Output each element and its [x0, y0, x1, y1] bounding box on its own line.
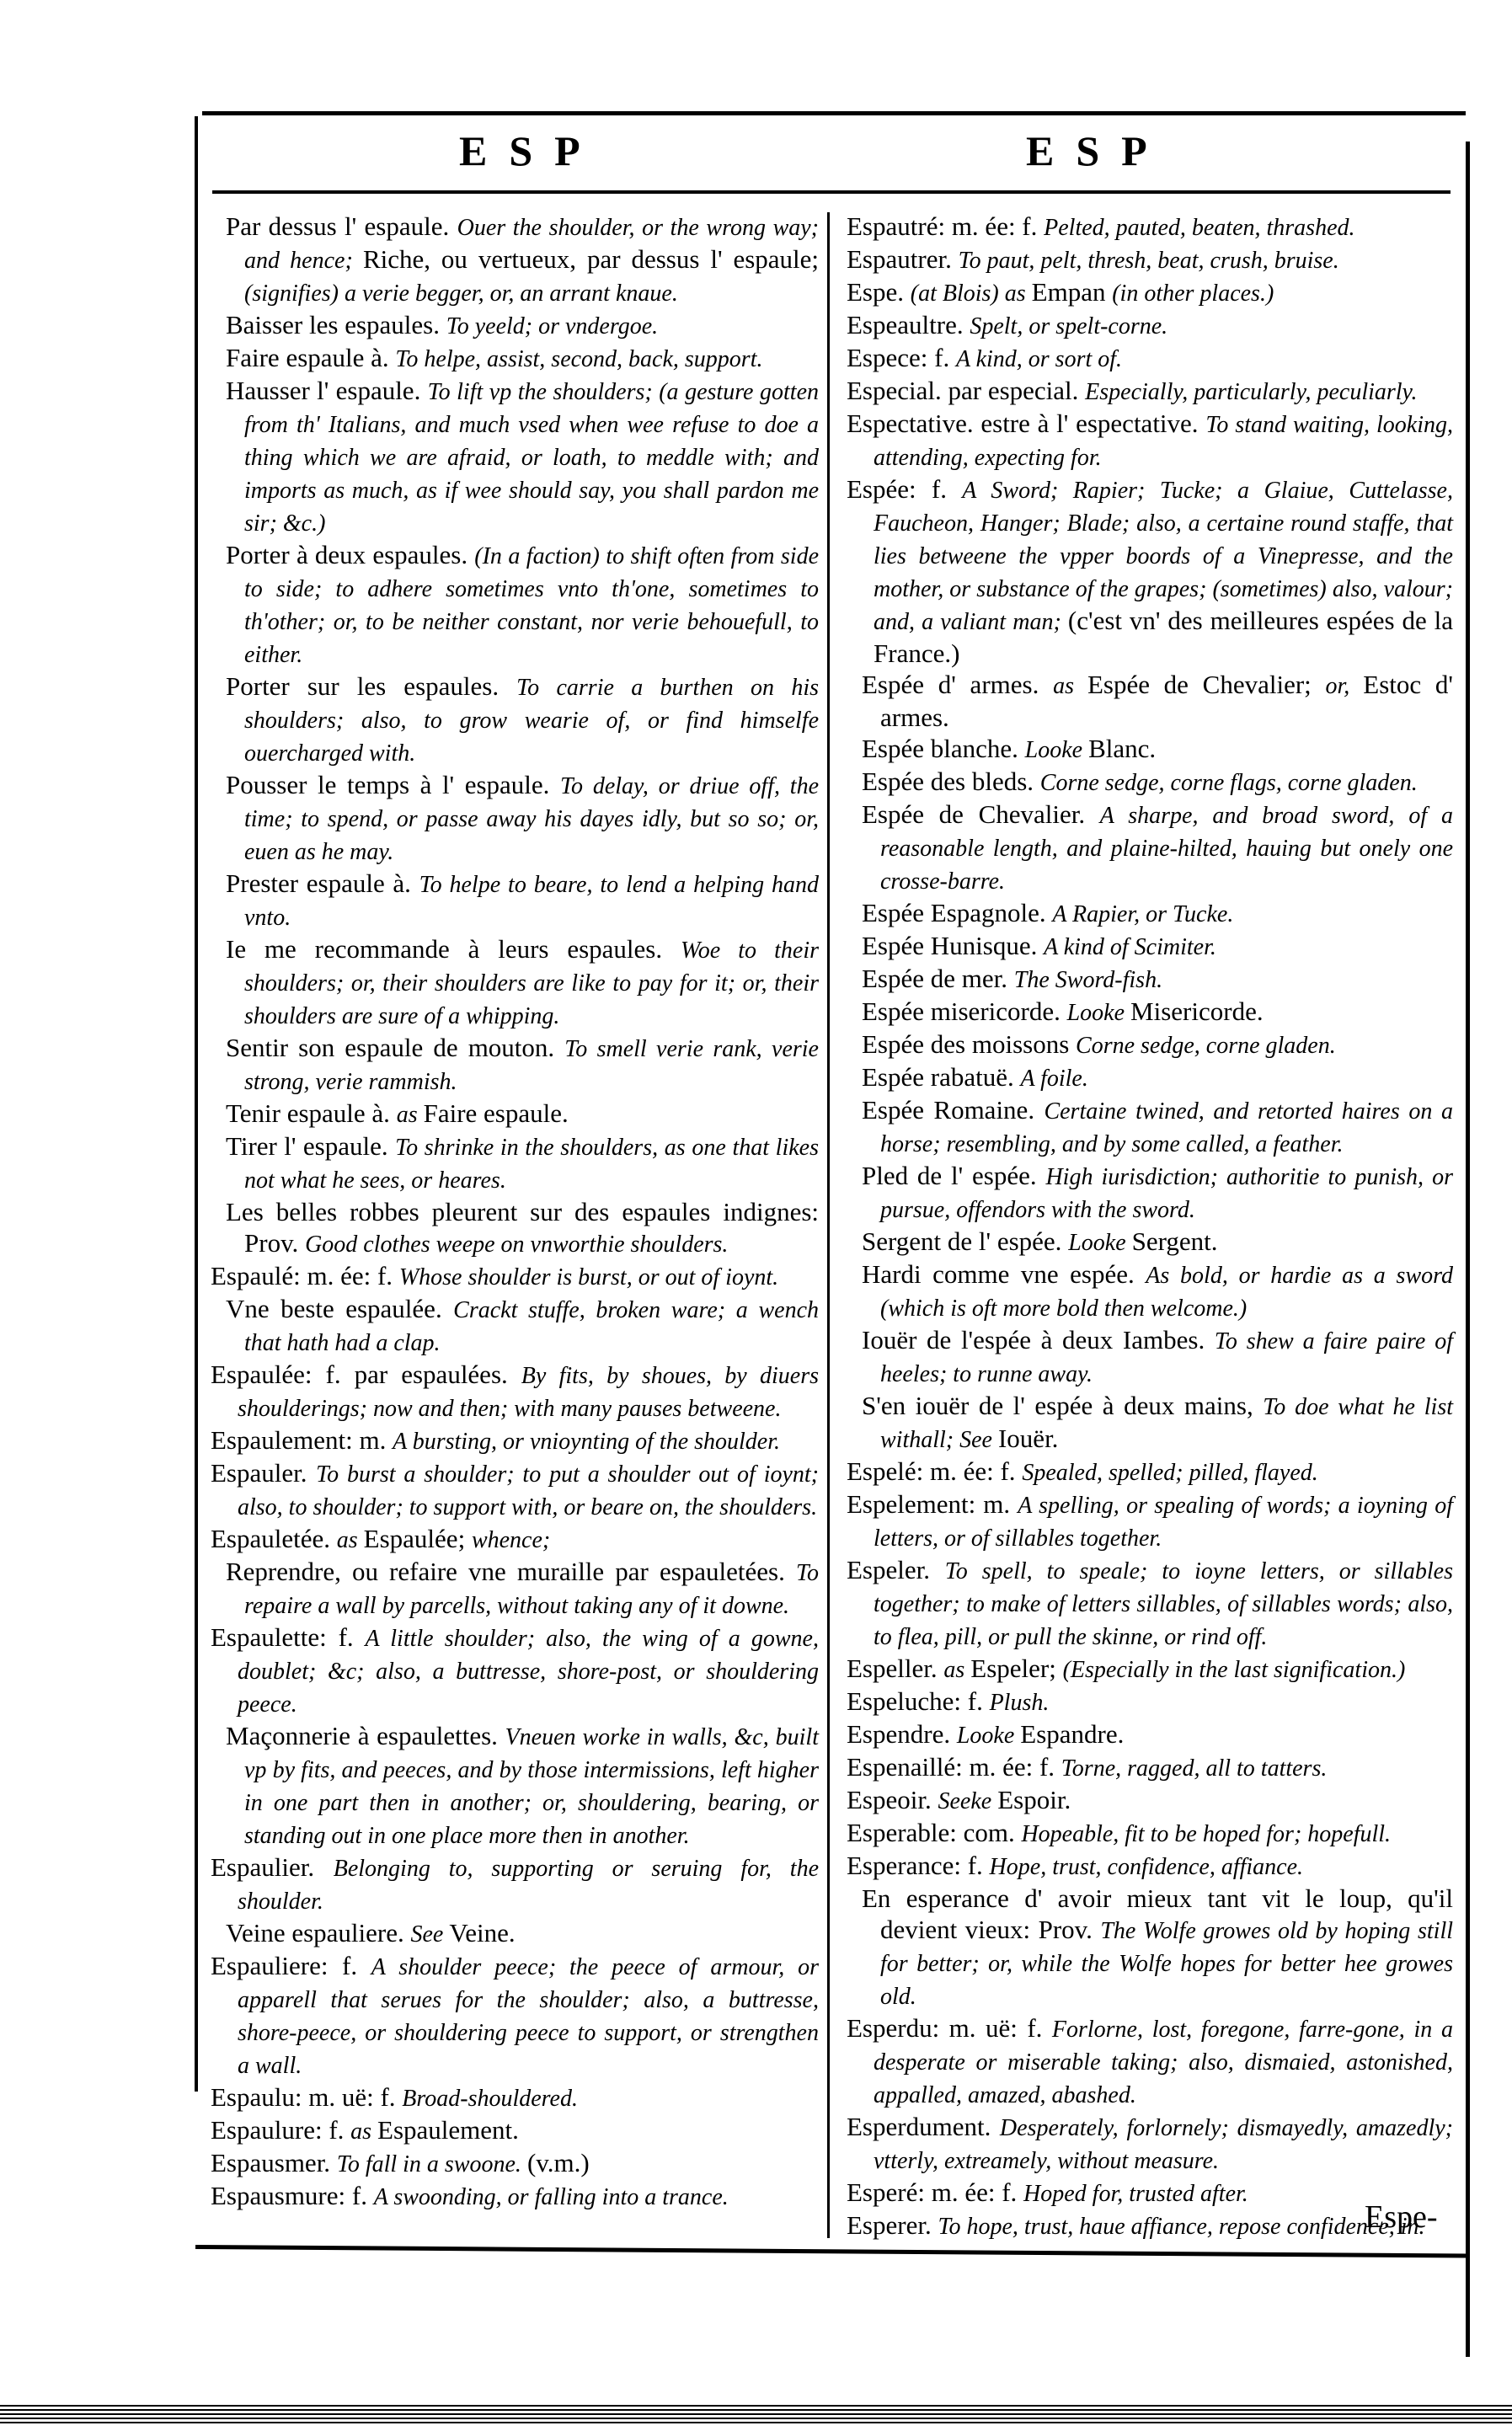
headword: Espece: f. [847, 343, 956, 372]
headword: Espaulée; [364, 1524, 472, 1553]
headword: Esperable: com. [847, 1818, 1021, 1847]
dictionary-subentry: Espée des bleds. Corne sedge, corne flag… [847, 766, 1453, 799]
headword: Faire espaule. [424, 1098, 569, 1128]
gloss: or, [1326, 673, 1364, 699]
dictionary-subentry: Espée misericorde. Looke Misericorde. [847, 996, 1453, 1028]
headword: Porter à deux espaules. [226, 540, 474, 569]
headword: Espeluche: f. [847, 1686, 990, 1716]
dictionary-entry: Espaulement: m. A bursting, or vnioyntin… [211, 1424, 819, 1457]
dictionary-subentry: Maçonnerie à espaulettes. Vneuen worke i… [211, 1720, 819, 1851]
gloss: To fall in a swoone. [337, 2151, 527, 2177]
headword: Espée Romaine. [862, 1095, 1044, 1125]
headword: Misericorde. [1130, 996, 1264, 1026]
headword: Especial. par especial. [847, 376, 1085, 405]
headword: Espée Hunisque. [862, 931, 1044, 960]
headword: Veine espauliere. [226, 1918, 410, 1947]
gloss: Corne sedge, corne flags, corne gladen. [1040, 770, 1418, 796]
dictionary-subentry: Les belles robbes pleurent sur des espau… [211, 1196, 819, 1260]
gloss: To burst a shoulder; to put a shoulder o… [238, 1461, 819, 1520]
headword: S'en iouër de l' espée à deux mains, [862, 1391, 1263, 1420]
headword: Ie me recommande à leurs espaules. [226, 934, 681, 964]
headword: Espaulette: f. [211, 1622, 366, 1652]
gloss: The Sword-fish. [1014, 967, 1162, 993]
headword: Espenaillé: m. ée: f. [847, 1752, 1061, 1782]
gloss: (in other places.) [1112, 280, 1274, 307]
headword: Espeller. [847, 1654, 943, 1683]
dictionary-subentry: Ie me recommande à leurs espaules. Woe t… [211, 933, 819, 1032]
gloss: as [943, 1657, 970, 1683]
headword: Espeaultre. [847, 310, 970, 339]
headword: Espauler. [211, 1458, 316, 1488]
dictionary-entry: Espaulée: f. par espaulées. By fits, by … [211, 1359, 819, 1424]
dictionary-entry: Espauletée. as Espaulée; whence; [211, 1523, 819, 1556]
headword: Esperdu: m. uë: f. [847, 2013, 1052, 2043]
headword: Espeler. [847, 1555, 945, 1584]
headword: Prester espaule à. [226, 868, 419, 898]
gloss: Especially, particularly, peculiarly. [1085, 379, 1417, 405]
running-head-left: ESP [459, 126, 602, 175]
dictionary-subentry: Espée Hunisque. A kind of Scimiter. [847, 930, 1453, 963]
gloss: Torne, ragged, all to tatters. [1061, 1755, 1328, 1782]
headword: Espaulée: f. par espaulées. [211, 1360, 521, 1389]
gloss: A swoonding, or falling into a trance. [374, 2184, 729, 2210]
headword: Espeoir. [847, 1785, 938, 1814]
headword: Espeler; [970, 1654, 1062, 1683]
headword: Veine. [449, 1918, 515, 1947]
dictionary-entry: Espectative. estre à l' espectative. To … [847, 408, 1453, 473]
dictionary-entry: Espeaultre. Spelt, or spelt-corne. [847, 309, 1453, 342]
headword: Espelement: m. [847, 1489, 1018, 1519]
dictionary-subentry: Porter sur les espaules. To carrie a bur… [211, 671, 819, 769]
frame-top-rule [202, 111, 1466, 115]
gloss: A kind of Scimiter. [1044, 934, 1216, 960]
headword: Pousser le temps à l' espaule. [226, 770, 560, 799]
dictionary-entry: Espaulette: f. A little shoulder; also, … [211, 1622, 819, 1720]
dictionary-entry: Especial. par especial. Especially, part… [847, 375, 1453, 408]
dictionary-entry: Espausmure: f. A swoonding, or falling i… [211, 2180, 819, 2213]
dictionary-entry: Espe. (at Blois) as Empan (in other plac… [847, 276, 1453, 309]
headword: Espaulu: m. uë: f. [211, 2082, 402, 2112]
gloss: See [410, 1921, 449, 1947]
dictionary-entry: Esperé: m. ée: f. Hoped for, trusted aft… [847, 2177, 1453, 2209]
gloss: Spelt, or spelt-corne. [970, 313, 1167, 339]
headword: Espaulé: m. ée: f. [211, 1261, 399, 1290]
dictionary-subentry: Porter à deux espaules. (In a faction) t… [211, 539, 819, 671]
dictionary-subentry: Espée de mer. The Sword-fish. [847, 963, 1453, 996]
headword: Espauliere: f. [211, 1951, 371, 1980]
headword: Espendre. [847, 1719, 957, 1749]
headword: Espaulement. [377, 2115, 519, 2145]
running-head-right: ESP [1026, 126, 1169, 175]
dictionary-entry: Espaulier. Belonging to, supporting or s… [211, 1851, 819, 1917]
gloss: Looke [1068, 1230, 1131, 1256]
dictionary-entry: Espaulé: m. ée: f. Whose shoulder is bur… [211, 1260, 819, 1293]
dictionary-subentry: Espée des moissons Corne sedge, corne gl… [847, 1028, 1453, 1061]
gloss: Plush. [990, 1690, 1050, 1716]
gloss: A foile. [1020, 1066, 1087, 1092]
dictionary-entry: Espautré: m. ée: f. Pelted, pauted, beat… [847, 211, 1453, 243]
dictionary-subentry: Veine espauliere. See Veine. [211, 1917, 819, 1950]
dictionary-entry: Esperance: f. Hope, trust, confidence, a… [847, 1850, 1453, 1883]
dictionary-entry: Espaulu: m. uë: f. Broad-shouldered. [211, 2081, 819, 2114]
right-column: Espautré: m. ée: f. Pelted, pauted, beat… [847, 211, 1453, 2242]
dictionary-entry: Espece: f. A kind, or sort of. [847, 342, 1453, 375]
gloss: Looke [1025, 737, 1088, 763]
scan-edge-lines [0, 2405, 1512, 2426]
headword: Empan [1032, 277, 1113, 307]
catchword: Espe- [1365, 2199, 1438, 2236]
headword: Pled de l' espée. [862, 1161, 1045, 1190]
headword: Sergent de l' espée. [862, 1226, 1068, 1256]
headword: Espauletée. [211, 1524, 337, 1553]
dictionary-subentry: S'en iouër de l' espée à deux mains, To … [847, 1390, 1453, 1456]
headword: Espaulement: m. [211, 1425, 393, 1455]
gloss: as [337, 1527, 364, 1553]
dictionary-entry: Esperer. To hope, trust, haue affiance, … [847, 2209, 1453, 2242]
gloss: Spealed, spelled; pilled, flayed. [1022, 1460, 1317, 1486]
frame-right-rule [1466, 142, 1470, 2357]
headword: Esperé: m. ée: f. [847, 2177, 1023, 2207]
headword: Tenir espaule à. [226, 1098, 397, 1128]
headword: Porter sur les espaules. [226, 671, 516, 701]
headword: Esperance: f. [847, 1851, 990, 1880]
headword: Espe. [847, 277, 911, 307]
dictionary-entry: Espeoir. Seeke Espoir. [847, 1784, 1453, 1817]
dictionary-subentry: Tenir espaule à. as Faire espaule. [211, 1098, 819, 1130]
headword: Iouër de l'espée à deux Iambes. [862, 1325, 1215, 1354]
headword: Maçonnerie à espaulettes. [226, 1721, 505, 1750]
dictionary-entry: Espausmer. To fall in a swoone. (v.m.) [211, 2147, 819, 2180]
dictionary-subentry: Pled de l' espée. High iurisdiction; aut… [847, 1160, 1453, 1226]
headword: Espée des bleds. [862, 767, 1040, 796]
gloss: To spell, to speale; to ioyne letters, o… [874, 1558, 1453, 1650]
headword: Iouër. [998, 1424, 1058, 1453]
headword: Espandre. [1020, 1719, 1124, 1749]
dictionary-entry: Esperdu: m. uë: f. Forlorne, lost, foreg… [847, 2012, 1453, 2111]
headword: Sentir son espaule de mouton. [226, 1033, 564, 1062]
dictionary-subentry: Espée Espagnole. A Rapier, or Tucke. [847, 897, 1453, 930]
dictionary-entry: Espauliere: f. A shoulder peece; the pee… [211, 1950, 819, 2081]
headword: Faire espaule à. [226, 343, 395, 372]
headword: Esperdument. [847, 2112, 1000, 2141]
headword: Espelé: m. ée: f. [847, 1456, 1022, 1486]
gloss: as [397, 1102, 424, 1128]
headword: Espée Espagnole. [862, 898, 1052, 927]
dictionary-subentry: Iouër de l'espée à deux Iambes. To shew … [847, 1324, 1453, 1390]
dictionary-entry: Espelé: m. ée: f. Spealed, spelled; pill… [847, 1456, 1453, 1488]
headword: Blanc. [1088, 734, 1156, 763]
headword: Reprendre, ou refaire vne muraille par e… [226, 1557, 796, 1586]
headword: Espée blanche. [862, 734, 1025, 763]
headword: Espée d' armes. [862, 670, 1053, 699]
header-rule [212, 190, 1451, 194]
gloss: A Rapier, or Tucke. [1052, 901, 1233, 927]
dictionary-subentry: Vne beste espaulée. Crackt stuffe, broke… [211, 1293, 819, 1359]
gloss: A bursting, or vnioynting of the shoulde… [393, 1429, 780, 1455]
column-divider [827, 212, 830, 2238]
headword: Espaulier. [211, 1852, 334, 1882]
headword: Espausmure: f. [211, 2181, 374, 2210]
dictionary-subentry: En esperance d' avoir mieux tant vit le … [847, 1883, 1453, 2012]
headword: Sergent. [1132, 1226, 1218, 1256]
headword: (v.m.) [527, 2148, 590, 2177]
dictionary-entry: Espendre. Looke Espandre. [847, 1718, 1453, 1751]
gloss: Whose shoulder is burst, or out of ioynt… [399, 1264, 778, 1290]
headword: Par dessus l' espaule. [226, 211, 457, 241]
gloss: Hope, trust, confidence, affiance. [990, 1854, 1303, 1880]
dictionary-subentry: Espée Romaine. Certaine twined, and reto… [847, 1094, 1453, 1160]
headword: Esperer. [847, 2210, 938, 2240]
gloss: (at Blois) as [911, 280, 1032, 307]
dictionary-subentry: Espée d' armes. as Espée de Chevalier; o… [847, 669, 1453, 733]
headword: Espausmer. [211, 2148, 337, 2177]
gloss: Pelted, pauted, beaten, thrashed. [1044, 215, 1354, 241]
gloss: Looke [957, 1723, 1020, 1749]
dictionary-subentry: Espée de Chevalier. A sharpe, and broad … [847, 799, 1453, 897]
headword: Espautré: m. ée: f. [847, 211, 1044, 241]
gloss: Hopeable, fit to be hoped for; hopefull. [1021, 1821, 1391, 1847]
dictionary-subentry: Sentir son espaule de mouton. To smell v… [211, 1032, 819, 1098]
gloss: To yeeld; or vndergoe. [446, 313, 658, 339]
headword: Espée de Chevalier. [862, 799, 1100, 829]
dictionary-entry: Espenaillé: m. ée: f. Torne, ragged, all… [847, 1751, 1453, 1784]
headword: Espée de Chevalier; [1087, 670, 1326, 699]
frame-bottom-rule [195, 2245, 1467, 2258]
dictionary-subentry: Espée blanche. Looke Blanc. [847, 733, 1453, 766]
headword: Espaulure: f. [211, 2115, 350, 2145]
dictionary-subentry: Prester espaule à. To helpe to beare, to… [211, 868, 819, 933]
dictionary-subentry: Hausser l' espaule. To lift vp the shoul… [211, 375, 819, 539]
dictionary-entry: Espeler. To spell, to speale; to ioyne l… [847, 1554, 1453, 1653]
headword: Espée rabatuë. [862, 1062, 1020, 1092]
dictionary-subentry: Par dessus l' espaule. Ouer the shoulder… [211, 211, 819, 309]
headword: Riche, ou vertueux, par dessus l' espaul… [363, 244, 819, 274]
headword: Hausser l' espaule. [226, 376, 428, 405]
dictionary-subentry: Tirer l' espaule. To shrinke in the shou… [211, 1130, 819, 1196]
headword: Espoir. [997, 1785, 1071, 1814]
gloss: To hope, trust, haue affiance, repose co… [938, 2214, 1424, 2240]
gloss: A kind, or sort of. [956, 346, 1122, 372]
dictionary-entry: Espeluche: f. Plush. [847, 1686, 1453, 1718]
headword: Espautrer. [847, 244, 959, 274]
dictionary-subentry: Reprendre, ou refaire vne muraille par e… [211, 1556, 819, 1622]
gloss: Seeke [938, 1788, 998, 1814]
dictionary-entry: Espaulure: f. as Espaulement. [211, 2114, 819, 2147]
dictionary-entry: Esperable: com. Hopeable, fit to be hope… [847, 1817, 1453, 1850]
dictionary-entry: Espée: f. A Sword; Rapier; Tucke; a Glai… [847, 473, 1453, 669]
gloss: as [350, 2118, 377, 2145]
dictionary-subentry: Espée rabatuë. A foile. [847, 1061, 1453, 1094]
headword: Vne beste espaulée. [226, 1294, 453, 1323]
dictionary-subentry: Hardi comme vne espée. As bold, or hardi… [847, 1258, 1453, 1324]
headword: Espée misericorde. [862, 996, 1067, 1026]
headword: Espée: f. [847, 474, 962, 504]
left-column: Par dessus l' espaule. Ouer the shoulder… [211, 211, 819, 2213]
dictionary-entry: Espelement: m. A spelling, or spealing o… [847, 1488, 1453, 1554]
dictionary-subentry: Sergent de l' espée. Looke Sergent. [847, 1226, 1453, 1258]
headword: Baisser les espaules. [226, 310, 446, 339]
gloss: Hoped for, trusted after. [1023, 2181, 1248, 2207]
dictionary-entry: Espauler. To burst a shoulder; to put a … [211, 1457, 819, 1523]
dictionary-subentry: Pousser le temps à l' espaule. To delay,… [211, 769, 819, 868]
headword: Tirer l' espaule. [226, 1131, 395, 1161]
gloss: To paut, pelt, thresh, beat, crush, brui… [959, 248, 1339, 274]
gloss: as [1053, 673, 1087, 699]
gloss: Corne sedge, corne gladen. [1076, 1033, 1336, 1059]
gloss: To helpe, assist, second, back, support. [395, 346, 762, 372]
gloss: Looke [1067, 1000, 1130, 1026]
dictionary-subentry: Faire espaule à. To helpe, assist, secon… [211, 342, 819, 375]
headword: Espectative. estre à l' espectative. [847, 409, 1205, 438]
headword: Hardi comme vne espée. [862, 1259, 1146, 1289]
headword: Espée de mer. [862, 964, 1014, 993]
gloss: Good clothes weepe on vnworthie shoulder… [305, 1232, 728, 1258]
headword: Espée des moissons [862, 1029, 1076, 1059]
dictionary-subentry: Baisser les espaules. To yeeld; or vnder… [211, 309, 819, 342]
gloss: whence; [472, 1527, 550, 1553]
dictionary-entry: Esperdument. Desperately, forlornely; di… [847, 2111, 1453, 2177]
gloss: (Especially in the last signification.) [1063, 1657, 1406, 1683]
dictionary-entry: Espautrer. To paut, pelt, thresh, beat, … [847, 243, 1453, 276]
dictionary-entry: Espeller. as Espeler; (Especially in the… [847, 1653, 1453, 1686]
gloss: Broad-shouldered. [402, 2086, 578, 2112]
gloss: (signifies) a verie begger, or, an arran… [244, 280, 678, 307]
frame-left-rule [195, 116, 198, 2092]
